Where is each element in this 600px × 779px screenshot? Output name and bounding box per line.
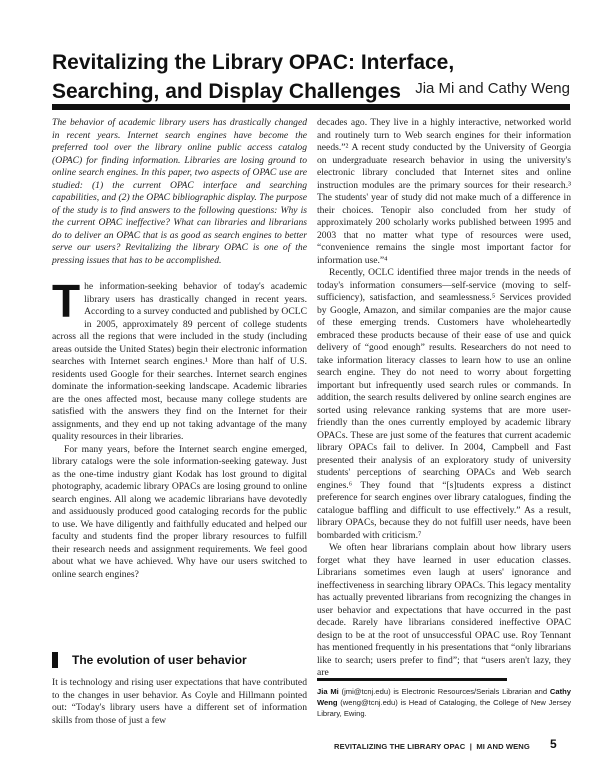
section-paragraph-1: It is technology and rising user expecta… (52, 677, 307, 727)
title-line-1: Revitalizing the Library OPAC: Interface… (52, 48, 572, 77)
right-paragraph-2: Recently, OCLC identified three major tr… (317, 267, 571, 542)
drop-cap: T (52, 283, 80, 319)
right-column: decades ago. They live in a highly inter… (317, 117, 571, 680)
section-marker-icon (52, 652, 58, 668)
title-rule (52, 104, 570, 110)
section-heading: The evolution of user behavior (52, 652, 307, 670)
left-column: The behavior of academic library users h… (52, 117, 307, 581)
article-title: Revitalizing the Library OPAC: Interface… (52, 48, 572, 106)
footnote-rule (317, 678, 507, 681)
right-paragraph-1: decades ago. They live in a highly inter… (317, 117, 571, 267)
author-footnote: Jia Mi (jmi@tcnj.edu) is Electronic Reso… (317, 686, 571, 719)
section-heading-text: The evolution of user behavior (72, 653, 247, 667)
footnote-author-1: Jia Mi (317, 687, 339, 696)
abstract: The behavior of academic library users h… (52, 117, 307, 267)
right-paragraph-3: We often hear librarians complain about … (317, 542, 571, 680)
body-paragraph-2: For many years, before the Internet sear… (52, 444, 307, 582)
article-authors: Jia Mi and Cathy Weng (415, 80, 570, 97)
page-number: 5 (550, 737, 557, 751)
section-body: It is technology and rising user expecta… (52, 677, 307, 727)
body-paragraph-1: The information-seeking behavior of toda… (52, 281, 307, 444)
running-head: REVITALIZING THE LIBRARY OPAC | MI AND W… (334, 742, 530, 751)
